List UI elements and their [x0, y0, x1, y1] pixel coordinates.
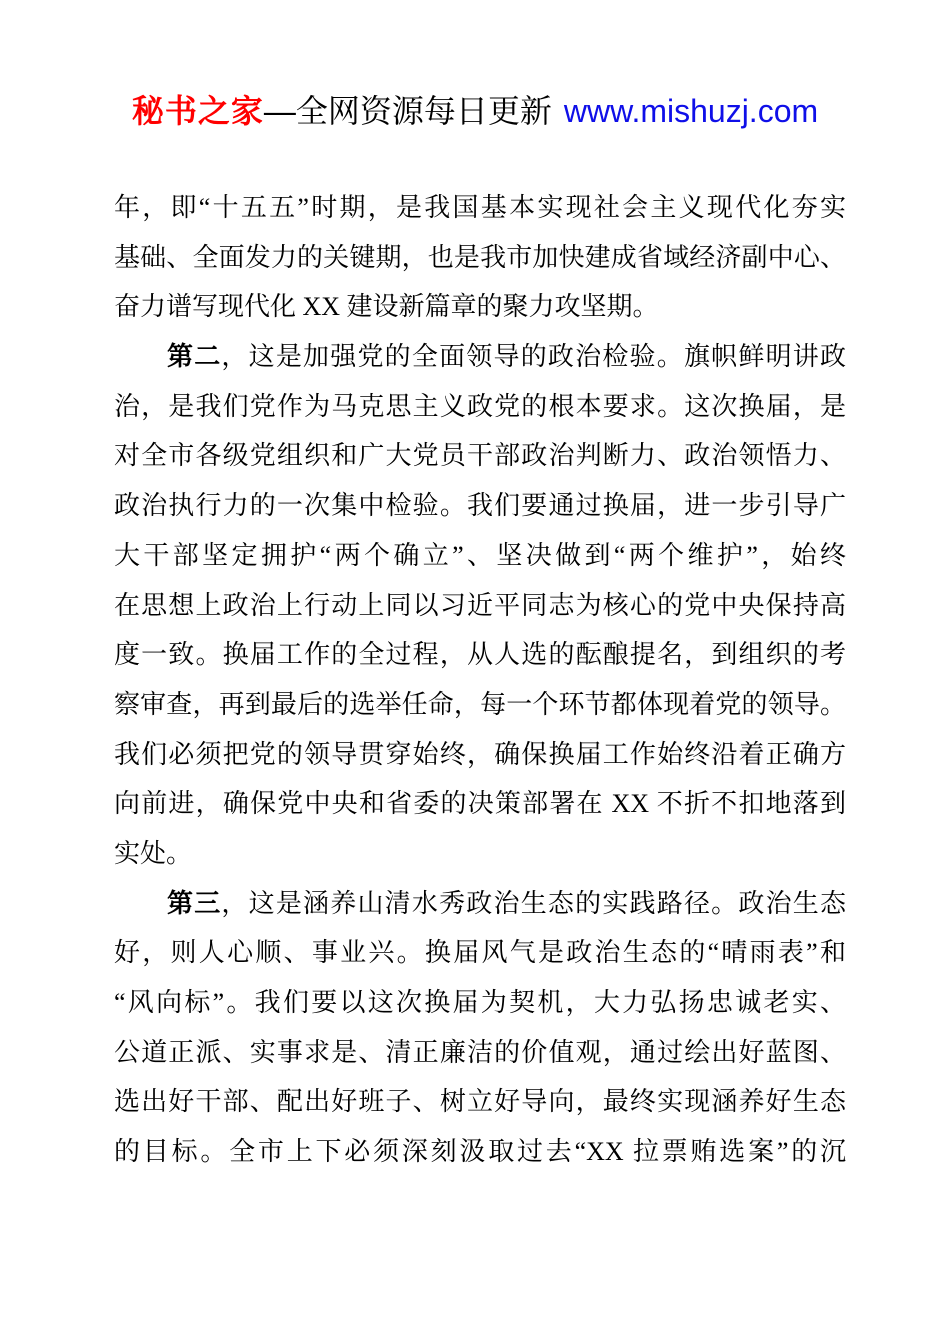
- document-text: 年，即“十五五”时期，是我国基本实现社会主义现代化夯实基础、全面发力的关键期，也…: [114, 183, 846, 1177]
- line-text: 奋力谱写现代化 XX 建设新篇章的聚力攻坚期。: [114, 292, 659, 321]
- text-line: 的目标。全市上下必须深刻汲取过去“XX 拉票贿选案”的沉: [114, 1127, 846, 1177]
- text-line: 第三，这是涵养山清水秀政治生态的实践路径。政治生态: [114, 879, 846, 929]
- header-separator: —: [264, 93, 296, 129]
- line-text: 年，即“十五五”时期，是我国基本实现社会主义现代化夯实: [114, 193, 846, 222]
- text-line: 向前进，确保党中央和省委的决策部署在 XX 不折不扣地落到: [114, 779, 846, 829]
- text-line: 好，则人心顺、事业兴。换届风气是政治生态的“晴雨表”和: [114, 928, 846, 978]
- text-line: 在思想上政治上行动上同以习近平同志为核心的党中央保持高: [114, 581, 846, 631]
- text-line: “风向标”。我们要以这次换届为契机，大力弘扬忠诚老实、: [114, 978, 846, 1028]
- paragraph-lead: 第二: [167, 341, 221, 371]
- line-text: 向前进，确保党中央和省委的决策部署在 XX 不折不扣地落到: [114, 789, 846, 818]
- text-line: 察审查，再到最后的选举任命，每一个环节都体现着党的领导。: [114, 680, 846, 730]
- line-text: 实处。: [114, 839, 192, 868]
- document-page: 秘书之家—全网资源每日更新www.mishuzj.com 年，即“十五五”时期，…: [0, 0, 950, 1344]
- site-name: 秘书之家: [132, 93, 264, 129]
- text-line: 政治执行力的一次集中检验。我们要通过换届，进一步引导广: [114, 481, 846, 531]
- line-text: “风向标”。我们要以这次换届为契机，大力弘扬忠诚老实、: [114, 988, 846, 1017]
- text-line: 实处。: [114, 829, 846, 879]
- line-text: 的目标。全市上下必须深刻汲取过去“XX 拉票贿选案”的沉: [114, 1137, 846, 1166]
- text-line: 年，即“十五五”时期，是我国基本实现社会主义现代化夯实: [114, 183, 846, 233]
- site-header: 秘书之家—全网资源每日更新www.mishuzj.com: [0, 84, 950, 138]
- line-text: 选出好干部、配出好班子、树立好导向，最终实现涵养好生态: [114, 1087, 846, 1116]
- line-text: 在思想上政治上行动上同以习近平同志为核心的党中央保持高: [114, 591, 846, 620]
- line-text: 好，则人心顺、事业兴。换届风气是政治生态的“晴雨表”和: [114, 938, 846, 967]
- text-line: 奋力谱写现代化 XX 建设新篇章的聚力攻坚期。: [114, 282, 846, 332]
- line-text: 大干部坚定拥护“两个确立”、坚决做到“两个维护”，始终: [114, 541, 846, 570]
- text-line: 度一致。换届工作的全过程，从人选的酝酿提名，到组织的考: [114, 630, 846, 680]
- line-text: 公道正派、实事求是、清正廉洁的价值观，通过绘出好蓝图、: [114, 1038, 846, 1067]
- text-line: 大干部坚定拥护“两个确立”、坚决做到“两个维护”，始终: [114, 531, 846, 581]
- text-line: 公道正派、实事求是、清正廉洁的价值观，通过绘出好蓝图、: [114, 1028, 846, 1078]
- site-url-link[interactable]: www.mishuzj.com: [564, 93, 818, 129]
- text-line: 第二，这是加强党的全面领导的政治检验。旗帜鲜明讲政: [114, 332, 846, 382]
- text-line: 基础、全面发力的关键期，也是我市加快建成省域经济副中心、: [114, 233, 846, 283]
- paragraph-lead: 第三: [167, 888, 221, 918]
- line-text: 基础、全面发力的关键期，也是我市加快建成省域经济副中心、: [114, 243, 846, 272]
- text-line: 我们必须把党的领导贯穿始终，确保换届工作始终沿着正确方: [114, 730, 846, 780]
- line-text: ，这是加强党的全面领导的政治检验。旗帜鲜明讲政: [221, 342, 846, 371]
- line-text: 政治执行力的一次集中检验。我们要通过换届，进一步引导广: [114, 491, 846, 520]
- line-text: 察审查，再到最后的选举任命，每一个环节都体现着党的领导。: [114, 690, 846, 719]
- text-line: 对全市各级党组织和广大党员干部政治判断力、政治领悟力、: [114, 431, 846, 481]
- line-text: 治，是我们党作为马克思主义政党的根本要求。这次换届，是: [114, 392, 846, 421]
- header-tagline: 全网资源每日更新: [296, 93, 552, 129]
- line-text: 对全市各级党组织和广大党员干部政治判断力、政治领悟力、: [114, 441, 846, 470]
- line-text: 我们必须把党的领导贯穿始终，确保换届工作始终沿着正确方: [114, 740, 846, 769]
- line-text: 度一致。换届工作的全过程，从人选的酝酿提名，到组织的考: [114, 640, 846, 669]
- text-line: 选出好干部、配出好班子、树立好导向，最终实现涵养好生态: [114, 1077, 846, 1127]
- line-text: ，这是涵养山清水秀政治生态的实践路径。政治生态: [221, 889, 846, 918]
- text-line: 治，是我们党作为马克思主义政党的根本要求。这次换届，是: [114, 382, 846, 432]
